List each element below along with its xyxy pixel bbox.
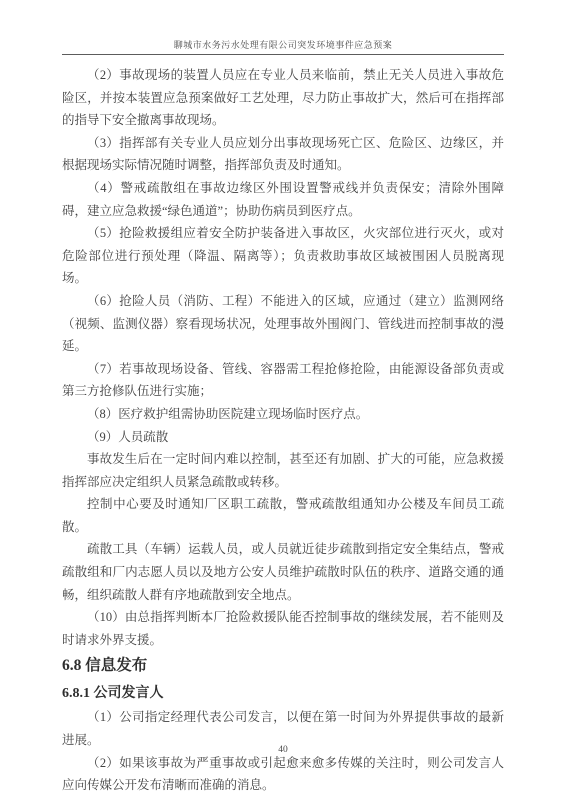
body-paragraph: 事故发生后在一定时间内难以控制，甚至还有加剧、扩大的可能，应急救援指挥部应决定组… [62,448,504,493]
body-paragraph: （3）指挥部有关专业人员应划分出事故现场死亡区、危险区、边缘区，并根据现场实际情… [62,132,504,177]
subsection-heading: 6.8.1 公司发言人 [62,681,504,706]
body-paragraph: （2）如果该事故为严重事故或引起愈来愈多传媒的关注时，则公司发言人应向传媒公开发… [62,752,504,797]
body-paragraph: 疏散工具（车辆）运载人员，或人员就近徒步疏散到指定安全集结点，警戒疏散组和厂内志… [62,538,504,606]
header-divider [62,54,504,55]
body-paragraph: （2）事故现场的装置人员应在专业人员来临前，禁止无关人员进入事故危险区，并按本装… [62,64,504,132]
page-header: 聊城市水务污水处理有限公司突发环境事件应急预案 [62,39,504,55]
body-paragraph: 控制中心要及时通知厂区职工疏散，警戒疏散组通知办公楼及车间员工疏散。 [62,493,504,538]
section-heading: 6.8 信息发布 [62,651,504,681]
body-paragraph: （9）人员疏散 [62,426,504,449]
body-paragraph: （7）若事故现场设备、管线、容器需工程抢修抢险，由能源设备部负责或第三方抢修队伍… [62,358,504,403]
page-number: 40 [278,745,288,755]
page-footer: 40 [0,739,566,757]
body-paragraph: （4）警戒疏散组在事故边缘区外围设置警戒线并负责保安；清除外围障碍，建立应急救援… [62,177,504,222]
header-title: 聊城市水务污水处理有限公司突发环境事件应急预案 [62,39,504,51]
body-paragraph: （6）抢险人员（消防、工程）不能进入的区域，应通过（建立）监测网络（视频、监测仪… [62,290,504,358]
document-body: （2）事故现场的装置人员应在专业人员来临前，禁止无关人员进入事故危险区，并按本装… [62,64,504,797]
body-paragraph: （10）由总指挥判断本厂抢险救援队能否控制事故的继续发展，若不能则及时请求外界支… [62,606,504,651]
body-paragraph: （5）抢险救援组应着安全防护装备进入事故区，火灾部位进行灭火，或对危险部位进行预… [62,222,504,290]
document-page: 聊城市水务污水处理有限公司突发环境事件应急预案 （2）事故现场的装置人员应在专业… [0,0,566,800]
body-paragraph: （8）医疗救护组需协助医院建立现场临时医疗点。 [62,403,504,426]
